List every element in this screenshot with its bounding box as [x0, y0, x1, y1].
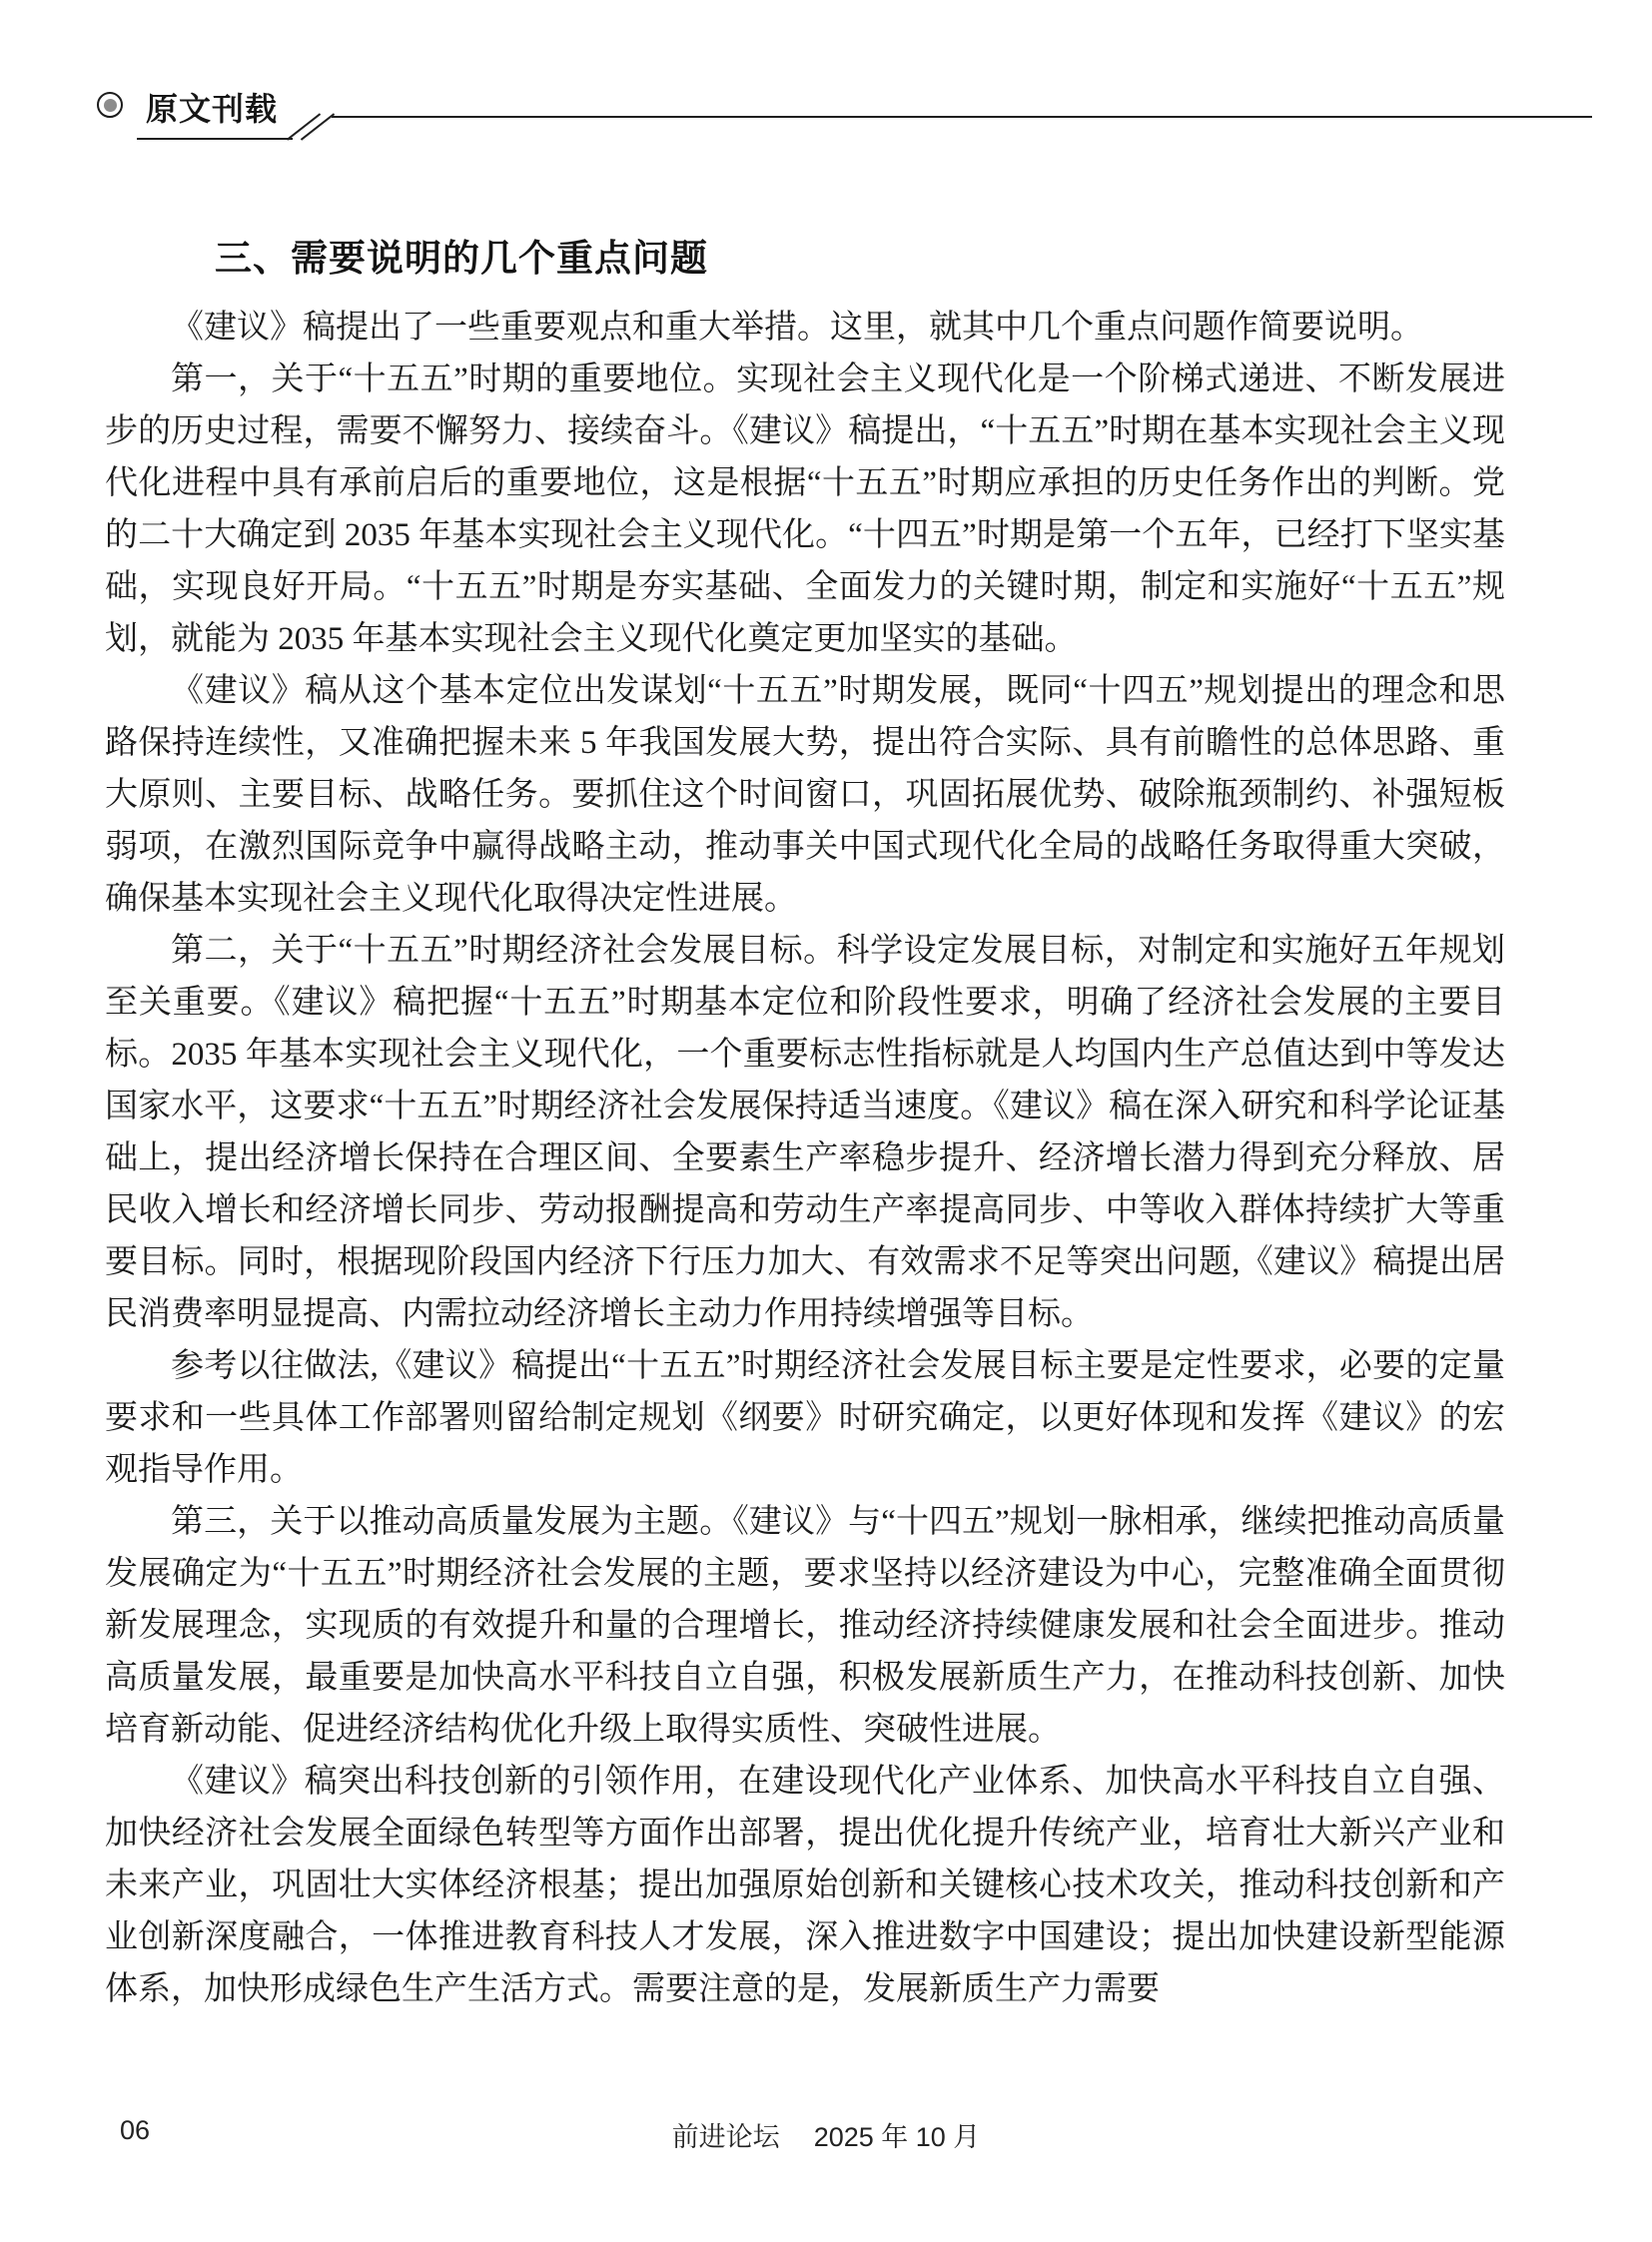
bullseye-icon	[97, 92, 123, 118]
paragraph: 第三，关于以推动高质量发展为主题。《建议》与“十四五”规划一脉相承，继续把推动高…	[105, 1496, 1505, 1756]
document-page: 原文刊载 三、需要说明的几个重点问题 《建议》稿提出了一些重要观点和重大举措。这…	[0, 0, 1652, 2242]
footer-center: 前进论坛2025 年 10 月	[0, 2115, 1652, 2154]
paragraph: 第二，关于“十五五”时期经济社会发展目标。科学设定发展目标，对制定和实施好五年规…	[105, 925, 1505, 1340]
header-underline	[137, 138, 293, 140]
journal-name: 前进论坛	[672, 2122, 780, 2152]
paragraph: 参考以往做法,《建议》稿提出“十五五”时期经济社会发展目标主要是定性要求，必要的…	[105, 1340, 1505, 1496]
paragraph: 第一，关于“十五五”时期的重要地位。实现社会主义现代化是一个阶梯式递进、不断发展…	[105, 354, 1505, 665]
header-break-slash-2	[301, 113, 335, 140]
article-body: 《建议》稿提出了一些重要观点和重大举措。这里，就其中几个重点问题作简要说明。 第…	[105, 302, 1505, 2015]
section-title: 三、需要说明的几个重点问题	[215, 228, 708, 282]
issue-date: 2025 年 10 月	[814, 2122, 981, 2152]
bullseye-icon-dot	[104, 99, 117, 112]
header-rule	[332, 116, 1592, 118]
paragraph: 《建议》稿提出了一些重要观点和重大举措。这里，就其中几个重点问题作简要说明。	[105, 302, 1505, 354]
header-label: 原文刊载	[146, 84, 278, 130]
paragraph: 《建议》稿突出科技创新的引领作用，在建设现代化产业体系、加快高水平科技自立自强、…	[105, 1756, 1505, 2015]
page-footer: 06 前进论坛2025 年 10 月	[0, 2111, 1652, 2151]
paragraph: 《建议》稿从这个基本定位出发谋划“十五五”时期发展，既同“十四五”规划提出的理念…	[105, 665, 1505, 925]
